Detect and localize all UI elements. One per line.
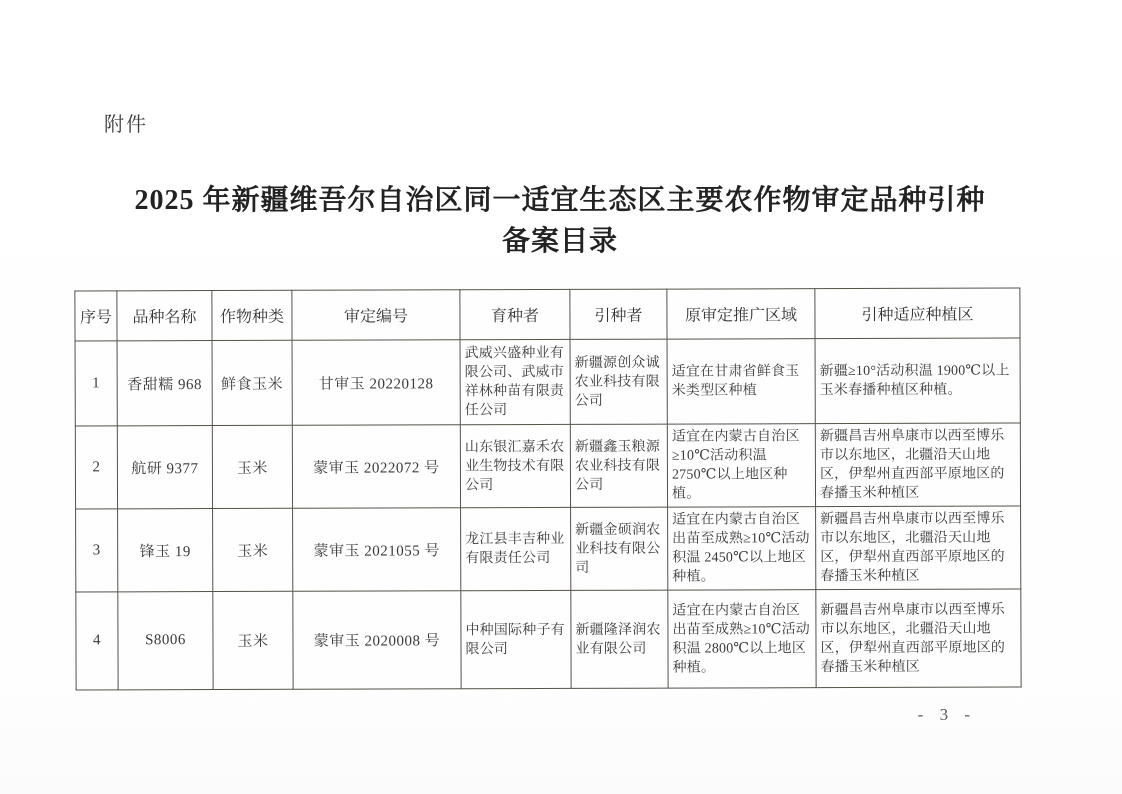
cell-original-region: 适宜在内蒙古自治区出苗至成熟≥10℃活动积温 2450℃以上地区种植。 [668, 507, 816, 590]
cell-crop-type: 玉米 [212, 425, 292, 508]
cell-introducer: 新疆金硕润农业科技有限公司 [571, 507, 668, 590]
document-title-line1: 2025 年新疆维吾尔自治区同一适宜生态区主要农作物审定品种引种 [134, 185, 985, 216]
table-row: 2 航研 9377 玉米 蒙审玉 2022072 号 山东银汇嘉禾农业生物技术有… [75, 423, 1020, 509]
cell-cert-number: 蒙审玉 2022072 号 [292, 425, 460, 509]
cell-variety-name: 香甜糯 968 [117, 341, 212, 426]
cell-variety-name: S8006 [118, 592, 213, 690]
cell-breeder: 中种国际种子有限公司 [461, 590, 571, 688]
cell-seq: 4 [76, 592, 118, 690]
cell-original-region: 适宜在内蒙古自治区出苗至成熟≥10℃活动积温 2800℃以上地区种植。 [668, 590, 816, 688]
cell-breeder: 龙江县丰吉种业有限责任公司 [461, 507, 571, 590]
header-variety-name: 品种名称 [117, 291, 212, 341]
header-breeder: 育种者 [460, 289, 570, 339]
cell-cert-number: 蒙审玉 2020008 号 [293, 591, 461, 690]
header-crop-type: 作物种类 [212, 290, 292, 340]
cell-original-region: 适宜在内蒙古自治区≥10℃活动积温 2750℃以上地区种植。 [667, 424, 815, 507]
header-original-region: 原审定推广区域 [667, 289, 815, 339]
cell-cert-number: 蒙审玉 2021055 号 [293, 508, 461, 592]
document-title-line2: 备案目录 [502, 226, 618, 257]
cell-original-region: 适宜在甘肃省鲜食玉米类型区种植 [667, 339, 815, 424]
cell-adapted-region: 新疆昌吉州阜康市以西至博乐市以东地区，北疆沿天山地区，伊犁州直西部平原地区的春播… [816, 506, 1021, 590]
cell-crop-type: 玉米 [213, 591, 293, 689]
cell-seq: 3 [76, 509, 118, 592]
catalog-table-container: 序号 品种名称 作物种类 审定编号 育种者 引种者 原审定推广区域 引种适应种植… [74, 288, 1020, 691]
scanned-document-page: 附件 2025 年新疆维吾尔自治区同一适宜生态区主要农作物审定品种引种 备案目录… [0, 0, 1122, 794]
variety-catalog-table: 序号 品种名称 作物种类 审定编号 育种者 引种者 原审定推广区域 引种适应种植… [74, 288, 1021, 691]
attachment-label: 附件 [104, 108, 148, 137]
cell-variety-name: 锋玉 19 [118, 509, 213, 592]
cell-variety-name: 航研 9377 [117, 426, 212, 509]
table-row: 4 S8006 玉米 蒙审玉 2020008 号 中种国际种子有限公司 新疆隆泽… [76, 589, 1021, 690]
header-cert-number: 审定编号 [292, 290, 460, 341]
cell-breeder: 山东银汇嘉禾农业生物技术有限公司 [460, 424, 570, 507]
cell-crop-type: 玉米 [213, 508, 293, 591]
cell-adapted-region: 新疆昌吉州阜康市以西至博乐市以东地区，北疆沿天山地区，伊犁州直西部平原地区的春播… [815, 423, 1020, 507]
header-introducer: 引种者 [570, 289, 667, 339]
document-title: 2025 年新疆维吾尔自治区同一适宜生态区主要农作物审定品种引种 备案目录 [60, 180, 1060, 262]
cell-adapted-region: 新疆昌吉州阜康市以西至博乐市以东地区，北疆沿天山地区，伊犁州直西部平原地区的春播… [816, 589, 1021, 688]
table-header-row: 序号 品种名称 作物种类 审定编号 育种者 引种者 原审定推广区域 引种适应种植… [75, 288, 1020, 341]
cell-adapted-region: 新疆≥10°活动积温 1900℃以上玉米春播种植区种植。 [815, 338, 1020, 424]
table-row: 3 锋玉 19 玉米 蒙审玉 2021055 号 龙江县丰吉种业有限责任公司 新… [76, 506, 1021, 592]
cell-introducer: 新疆隆泽润农业有限公司 [571, 590, 668, 688]
cell-introducer: 新疆鑫玉粮源农业科技有限公司 [570, 424, 667, 507]
cell-seq: 2 [75, 426, 117, 509]
cell-cert-number: 甘审玉 20220128 [292, 340, 460, 426]
page-number: - 3 - [918, 705, 976, 725]
header-seq: 序号 [75, 291, 117, 341]
cell-crop-type: 鲜食玉米 [212, 340, 292, 425]
cell-introducer: 新疆源创众诚农业科技有限公司 [570, 339, 667, 424]
cell-breeder: 武威兴盛种业有限公司、武威市祥林种苗有限责任公司 [460, 339, 570, 424]
cell-seq: 1 [75, 341, 117, 426]
header-adapted-region: 引种适应种植区 [815, 288, 1020, 339]
table-row: 1 香甜糯 968 鲜食玉米 甘审玉 20220128 武威兴盛种业有限公司、武… [75, 338, 1020, 426]
